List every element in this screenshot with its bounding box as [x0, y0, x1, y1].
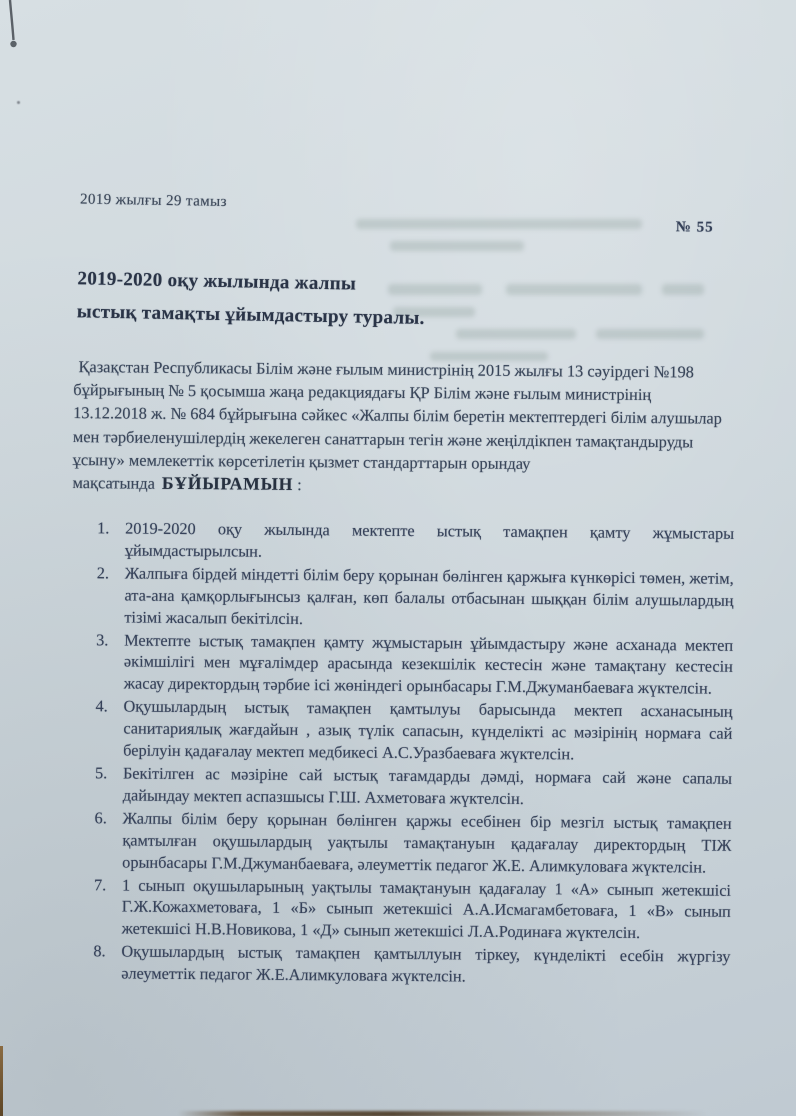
item-number: 5. [95, 762, 107, 784]
list-item: 8. Оқушылардың ыстық тамақпен қамтыллуын… [91, 940, 730, 989]
doc-number: № 55 [676, 219, 714, 236]
item-text: 1 сынып оқушыларының уақтылы тамақтануын… [122, 875, 732, 942]
item-number: 8. [93, 940, 105, 962]
item-text: 2019-2020 оқу жылында мектепте ыстық там… [125, 518, 734, 560]
item-text: Жалпы білім беру қорынан бөлінген қаржы … [122, 808, 732, 876]
list-item: 5. Бекітілген ас мәзіріне сай ыстық таға… [93, 762, 732, 811]
document-photo: 2019 жылғы 29 тамыз № 55 2019-2020 оқу ж… [0, 0, 796, 1116]
item-text: Оқушылардың ыстық тамақпен қамтыллуын ті… [121, 942, 730, 986]
order-colon: : [297, 475, 302, 494]
item-number: 4. [95, 695, 107, 717]
date-line: 2019 жылғы 29 тамыз [80, 191, 227, 211]
item-number: 1. [97, 517, 109, 539]
item-text: Жалпыға бірдей міндетті білім беру қорын… [124, 563, 734, 627]
paper-text: 2019 жылғы 29 тамыз № 55 2019-2020 оқу ж… [0, 0, 796, 1116]
item-text: Мектепте ыстық тамақпен қамту жұмыстарын… [124, 630, 734, 698]
desk-edge-left [0, 1046, 3, 1116]
list-item: 2. Жалпыға бірдей міндетті білім беру қо… [94, 562, 734, 633]
doc-title-line-2: ыстық тамақты ұйымдастыру туралы. [77, 295, 425, 335]
list-item: 6. Жалпы білім беру қорынан бөлінген қар… [92, 807, 732, 878]
desk-edge-bottom [178, 1111, 708, 1116]
intro-paragraph: Қазақстан Республикасы Білім және ғылым … [72, 355, 725, 500]
order-list: 1. 2019-2020 оқу жылында мектепте ыстық … [91, 517, 734, 991]
item-number: 2. [97, 562, 109, 584]
item-number: 7. [94, 874, 106, 896]
list-item: 1. 2019-2020 оқу жылында мектепте ыстық … [95, 517, 734, 566]
order-keyword: БҰЙЫРАМЫН [162, 473, 293, 494]
item-number: 3. [96, 629, 108, 651]
item-number: 6. [95, 807, 107, 829]
list-item: 7. 1 сынып оқушыларының уақтылы тамақтан… [92, 874, 732, 945]
list-item: 4. Оқушылардың ыстық тамақпен қамтылуы б… [93, 695, 733, 766]
item-text: Бекітілген ас мәзіріне сай ыстық тағамда… [123, 763, 732, 807]
doc-title: 2019-2020 оқу жылында жалпы ыстық тамақт… [77, 262, 426, 335]
list-item: 3. Мектепте ыстық тамақпен қамту жұмыста… [94, 629, 734, 700]
item-text: Оқушылардың ыстық тамақпен қамтылуы бары… [123, 697, 733, 764]
